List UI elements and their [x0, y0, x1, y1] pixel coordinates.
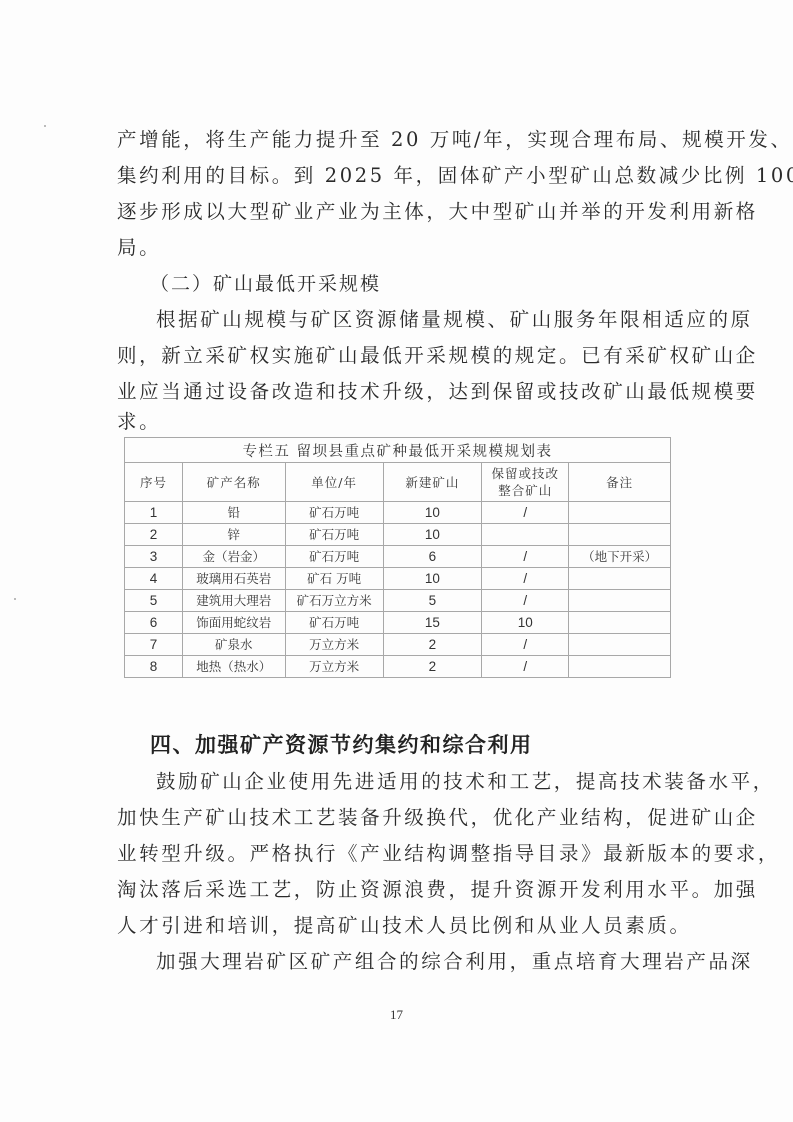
scan-speck [14, 598, 16, 600]
cell-mineral: 玻璃用石英岩 [182, 568, 285, 590]
column-header: 保留或技改 整合矿山 [482, 463, 569, 502]
cell-unit: 万立方米 [285, 656, 383, 678]
column-header-line: 整合矿山 [482, 482, 568, 499]
cell-new: 6 [383, 546, 482, 568]
column-header: 新建矿山 [383, 463, 482, 502]
cell-mineral: 地热（热水） [182, 656, 285, 678]
cell-unit: 万立方米 [285, 634, 383, 656]
column-header: 单位/年 [285, 463, 383, 502]
cell-mineral: 金（岩金） [182, 546, 285, 568]
cell-retain: / [482, 590, 569, 612]
column-header: 序号 [125, 463, 183, 502]
column-header: 备注 [569, 463, 671, 502]
cell-new: 5 [383, 590, 482, 612]
cell-new: 2 [383, 656, 482, 678]
text-line: 逐步形成以大型矿业产业为主体，大中型矿山并举的开发利用新格 [117, 200, 695, 224]
cell-note [569, 634, 671, 656]
cell-no: 4 [125, 568, 183, 590]
text-line: 人才引进和培训，提高矿山技术人员比例和从业人员素质。 [117, 914, 695, 938]
cell-mineral: 建筑用大理岩 [182, 590, 285, 612]
table-title-row: 专栏五 留坝县重点矿种最低开采规模规划表 [125, 438, 671, 463]
table-row: 8 地热（热水） 万立方米 2 / [125, 656, 671, 678]
table-row: 4 玻璃用石英岩 矿石 万吨 10 / [125, 568, 671, 590]
cell-retain [482, 524, 569, 546]
cell-new: 10 [383, 502, 482, 524]
cell-no: 7 [125, 634, 183, 656]
text-line: 加强大理岩矿区矿产组合的综合利用，重点培育大理岩产品深 [156, 950, 696, 974]
cell-mineral: 铅 [182, 502, 285, 524]
page-number: 17 [0, 1007, 793, 1023]
text-line: 集约利用的目标。到 2025 年，固体矿产小型矿山总数减少比例 100%， [117, 164, 695, 188]
mining-scale-table: 专栏五 留坝县重点矿种最低开采规模规划表 序号 矿产名称 单位/年 新建矿山 保… [124, 437, 671, 678]
cell-mineral: 饰面用蛇纹岩 [182, 612, 285, 634]
cell-no: 5 [125, 590, 183, 612]
cell-retain: / [482, 502, 569, 524]
table-row: 2 锌 矿石万吨 10 [125, 524, 671, 546]
text-line: 鼓励矿山企业使用先进适用的技术和工艺，提高技术装备水平， [156, 770, 696, 794]
cell-unit: 矿石万吨 [285, 502, 383, 524]
cell-mineral: 矿泉水 [182, 634, 285, 656]
scan-speck [44, 125, 46, 127]
cell-note [569, 612, 671, 634]
text-line: 淘汰落后采选工艺，防止资源浪费，提升资源开发利用水平。加强 [117, 878, 695, 902]
text-line: 加快生产矿山技术工艺装备升级换代，优化产业结构，促进矿山企 [117, 806, 695, 830]
section-heading: 四、加强矿产资源节约集约和综合利用 [150, 733, 728, 757]
cell-note [569, 656, 671, 678]
cell-unit: 矿石万吨 [285, 612, 383, 634]
text-line: 产增能，将生产能力提升至 20 万吨/年，实现合理布局、规模开发、 [117, 128, 695, 152]
cell-unit: 矿石万立方米 [285, 590, 383, 612]
text-line: 求。 [117, 410, 695, 434]
table-header-row: 序号 矿产名称 单位/年 新建矿山 保留或技改 整合矿山 备注 [125, 463, 671, 502]
text-line: 业转型升级。严格执行《产业结构调整指导目录》最新版本的要求， [117, 842, 695, 866]
cell-new: 10 [383, 568, 482, 590]
cell-unit: 矿石万吨 [285, 546, 383, 568]
column-header-line: 保留或技改 [482, 465, 568, 482]
cell-retain: 10 [482, 612, 569, 634]
cell-note: （地下开采） [569, 546, 671, 568]
cell-note [569, 502, 671, 524]
table-title: 专栏五 留坝县重点矿种最低开采规模规划表 [125, 438, 671, 463]
table-row: 3 金（岩金） 矿石万吨 6 / （地下开采） [125, 546, 671, 568]
table-row: 5 建筑用大理岩 矿石万立方米 5 / [125, 590, 671, 612]
cell-note [569, 524, 671, 546]
section-heading: （二）矿山最低开采规模 [150, 272, 728, 296]
cell-unit: 矿石万吨 [285, 524, 383, 546]
cell-retain: / [482, 546, 569, 568]
cell-retain: / [482, 634, 569, 656]
column-header: 矿产名称 [182, 463, 285, 502]
table-row: 7 矿泉水 万立方米 2 / [125, 634, 671, 656]
cell-no: 2 [125, 524, 183, 546]
cell-no: 6 [125, 612, 183, 634]
table-row: 6 饰面用蛇纹岩 矿石万吨 15 10 [125, 612, 671, 634]
table-row: 1 铅 矿石万吨 10 / [125, 502, 671, 524]
cell-no: 8 [125, 656, 183, 678]
text-line: 局。 [117, 236, 695, 260]
cell-new: 10 [383, 524, 482, 546]
document-page: 产增能，将生产能力提升至 20 万吨/年，实现合理布局、规模开发、 集约利用的目… [0, 0, 793, 1122]
cell-mineral: 锌 [182, 524, 285, 546]
cell-note [569, 590, 671, 612]
cell-retain: / [482, 656, 569, 678]
text-line: 根据矿山规模与矿区资源储量规模、矿山服务年限相适应的原 [156, 308, 696, 332]
cell-unit: 矿石 万吨 [285, 568, 383, 590]
cell-no: 1 [125, 502, 183, 524]
cell-new: 15 [383, 612, 482, 634]
text-line: 则，新立采矿权实施矿山最低开采规模的规定。已有采矿权矿山企 [117, 344, 695, 368]
cell-no: 3 [125, 546, 183, 568]
cell-new: 2 [383, 634, 482, 656]
cell-retain: / [482, 568, 569, 590]
text-line: 业应当通过设备改造和技术升级，达到保留或技改矿山最低规模要 [117, 380, 695, 404]
cell-note [569, 568, 671, 590]
